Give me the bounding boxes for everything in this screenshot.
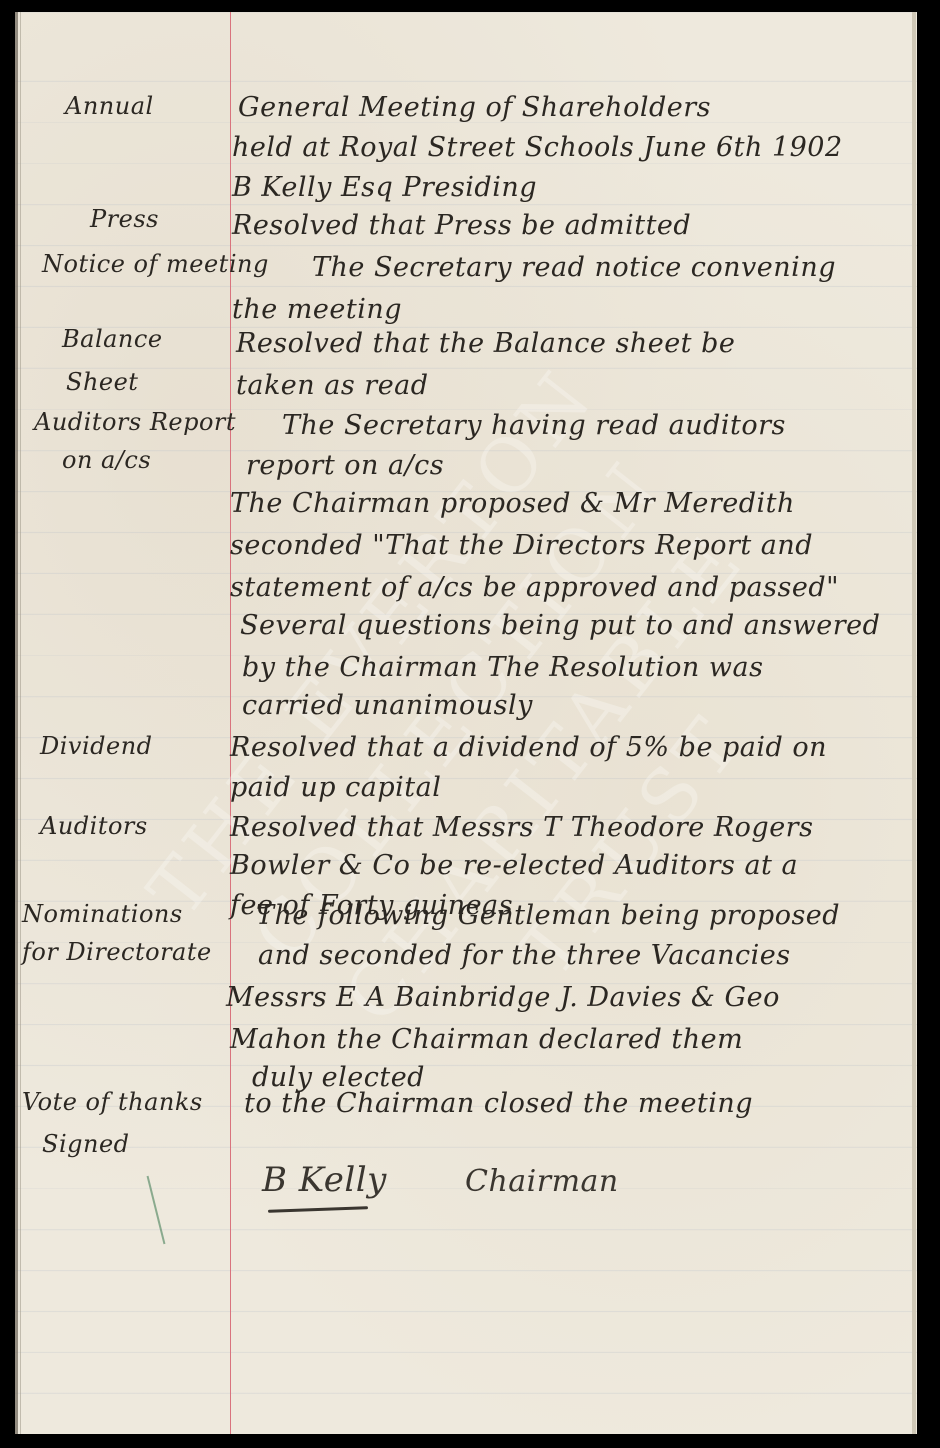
minutes-line: Messrs E A Bainbridge J. Davies & Geo: [226, 982, 780, 1013]
margin-note: Auditors Report: [34, 408, 236, 436]
signature-role: Chairman: [465, 1164, 619, 1199]
minutes-line: General Meeting of Shareholders: [238, 92, 711, 123]
minutes-line: The Secretary read notice convening: [312, 252, 836, 283]
minutes-line: and seconded for the three Vacancies: [258, 940, 791, 971]
page-right-edge: [912, 12, 916, 1434]
minutes-line: Resolved that Press be admitted: [232, 210, 691, 241]
margin-note: Signed: [42, 1130, 130, 1158]
minutes-line: Mahon the Chairman declared them: [230, 1024, 743, 1055]
margin-note: Notice of meeting: [42, 250, 269, 278]
chairman-signature: B Kelly: [262, 1160, 387, 1200]
minutes-line: by the Chairman The Resolution was: [242, 652, 763, 683]
margin-note: Balance: [62, 325, 163, 353]
minutes-line: the meeting: [232, 294, 402, 325]
minutes-line: B Kelly Esq Presiding: [232, 172, 537, 203]
page-binding-line: [20, 12, 21, 1434]
minutes-line: Bowler & Co be re-elected Auditors at a: [230, 850, 798, 881]
margin-note: Dividend: [40, 732, 153, 760]
minutes-line: report on a/cs: [246, 450, 444, 481]
margin-note: Auditors: [40, 812, 148, 840]
minutes-line: taken as read: [236, 370, 429, 401]
red-margin-rule: [230, 12, 231, 1434]
minutes-line: held at Royal Street Schools June 6th 19…: [232, 132, 843, 163]
minutes-line: Resolved that a dividend of 5% be paid o…: [230, 732, 827, 763]
margin-note: on a/cs: [62, 446, 151, 474]
minutes-line: seconded "That the Directors Report and: [230, 530, 813, 561]
margin-note: for Directorate: [22, 938, 212, 966]
minutes-line: statement of a/cs be approved and passed…: [230, 572, 839, 603]
minutes-line: The Chairman proposed & Mr Meredith: [230, 488, 795, 519]
margin-note: Annual: [65, 92, 154, 120]
minutes-line: Resolved that Messrs T Theodore Rogers: [230, 812, 813, 843]
minutes-line: Several questions being put to and answe…: [240, 610, 880, 641]
minutes-line: to the Chairman closed the meeting: [244, 1088, 753, 1119]
page-binding-edge: [15, 12, 18, 1434]
margin-note: Vote of thanks: [22, 1088, 203, 1116]
minutes-line: carried unanimously: [242, 690, 533, 721]
minutes-line: Resolved that the Balance sheet be: [236, 328, 735, 359]
margin-note: Press: [90, 205, 159, 233]
minutes-line: The Secretary having read auditors: [282, 410, 786, 441]
minutes-line: paid up capital: [230, 772, 441, 803]
margin-note: Nominations: [22, 900, 183, 928]
margin-note: Sheet: [66, 368, 138, 396]
minutes-line: The following Gentleman being proposed: [256, 900, 840, 931]
